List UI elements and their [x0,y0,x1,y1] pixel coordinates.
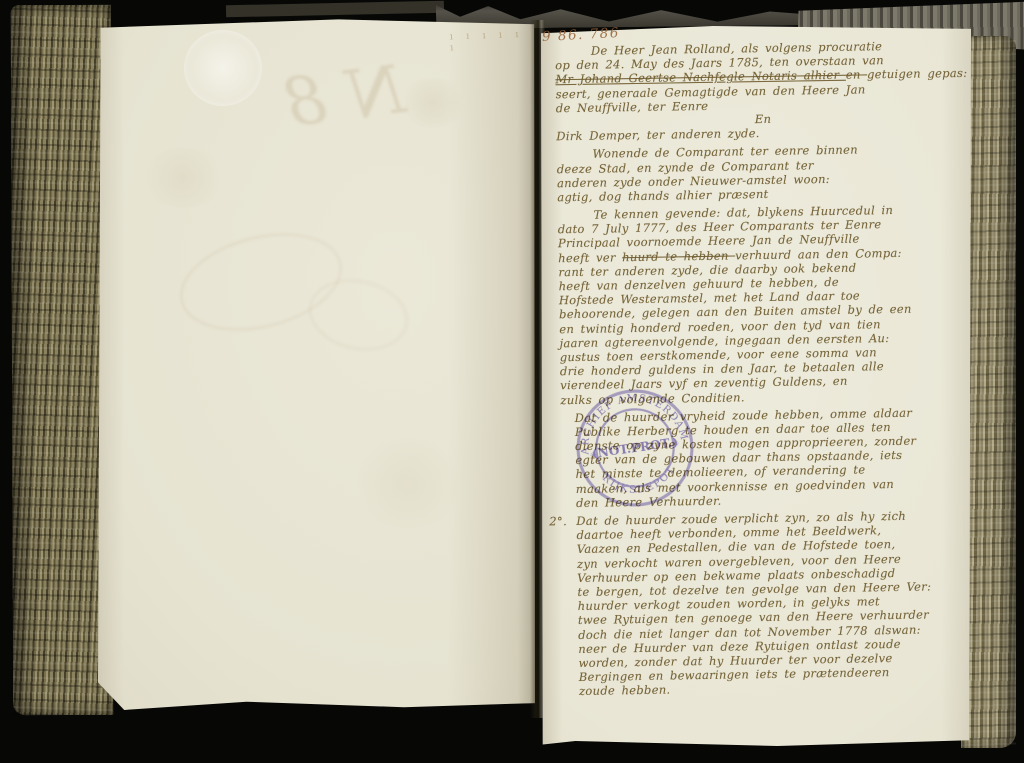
left-fore-edge [11,5,113,715]
ink-bleedthrough-loop [169,217,352,346]
manuscript-paragraph: 2°.Dat de huurder zoude verplicht zyn, z… [576,508,979,699]
book-photo: N 8 ı ı ı ı ı ı 9 86. 786 De Heer Jean R… [0,0,1024,763]
left-page: N 8 ı ı ı ı ı ı [98,18,535,710]
manuscript-paragraph: Wonende de Comparant ter eenre binnendee… [556,141,971,204]
paragraph-marker: 2°. [549,514,567,528]
ink-bleedthrough-mark: N 8 [280,51,409,142]
embossed-seal [184,30,262,106]
archive-stamp: ARCHIEF AMSTERDAM RIJKSDEPOT (NOT.PROT.)… [566,378,704,518]
book-top-edge [226,1,444,18]
manuscript-paragraph: Te kennen gevende: dat, blykens Huurcedu… [557,202,974,407]
paper-stain [138,148,228,208]
ink-bleedthrough-loop [302,270,415,359]
manuscript-paragraph: De Heer Jean Rolland, als volgens procur… [555,38,971,144]
paper-stain [348,438,468,528]
stamp-center-text: (NOT.PROT.) [591,435,679,461]
margin-tick-marks: ı ı ı ı ı ı [450,29,536,54]
manuscript-text: De Heer Jean Rolland, als volgens procur… [555,38,979,703]
paper-stain [398,78,468,128]
